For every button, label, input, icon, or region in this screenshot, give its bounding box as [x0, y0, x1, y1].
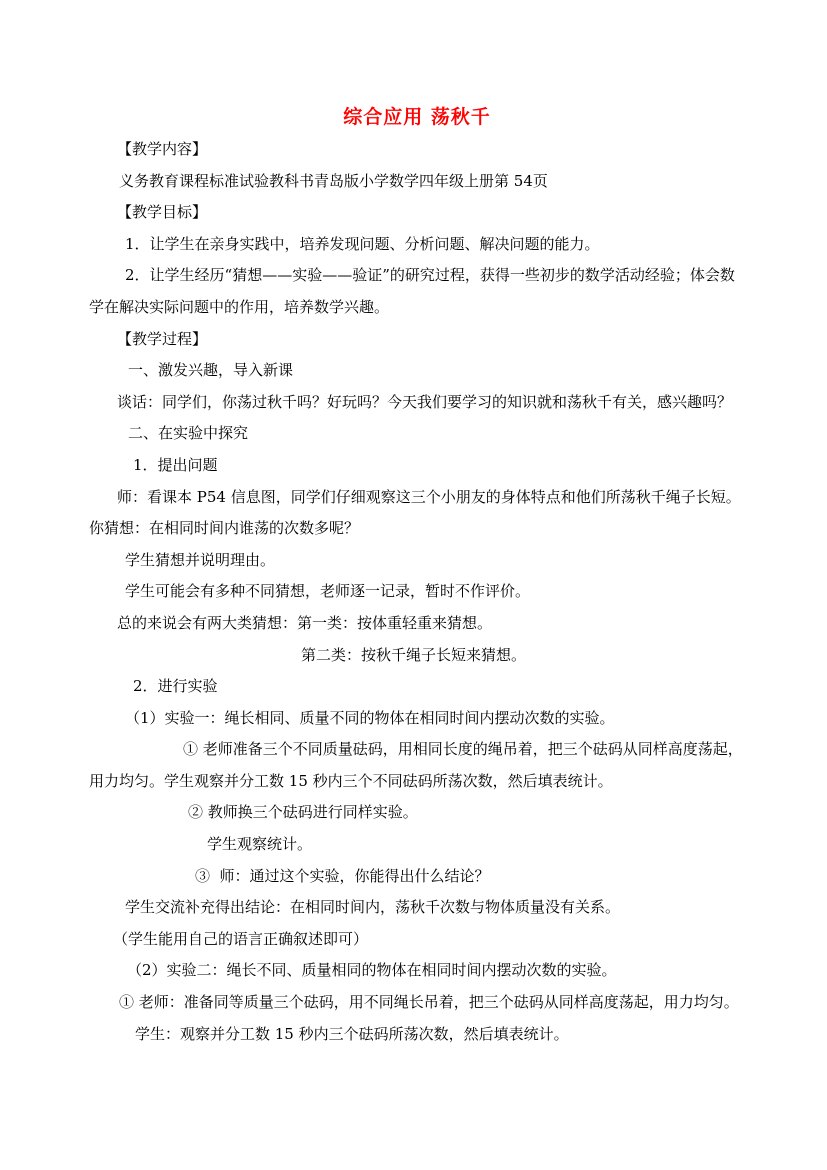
doc-line-teacher-question: 师：看课本 P54 信息图，同学们仔细观察这三个小朋友的身体特点和他们所荡秋千绳…: [89, 482, 745, 514]
doc-line-experiment-1-step-1-continued: 用力均匀。学生观察并分工数 15 秒内三个不同砝码所荡次数，然后填表统计。: [89, 766, 745, 798]
doc-line-experiment-2-step-1: ① 老师：准备同等质量三个砝码，用不同绳长吊着，把三个砝码从同样高度荡起，用力均…: [89, 987, 745, 1019]
doc-line-teacher-talk: 谈话：同学们，你荡过秋千吗？好玩吗？今天我们要学习的知识就和荡秋千有关，感兴趣吗…: [89, 387, 745, 419]
doc-line-student-activity: 学生观察统计。: [89, 829, 745, 861]
doc-line-goal-2-continued: 学在解决实际问题中的作用，培养数学兴趣。: [89, 292, 745, 324]
doc-line-section-heading: 【教学内容】: [89, 134, 745, 166]
doc-line-guess-category-2: 第二类：按秋千绳子长短来猜想。: [89, 640, 745, 672]
doc-line-section-heading: 【教学目标】: [89, 197, 745, 229]
doc-line-experiment-1-step-2: ② 教师换三个砝码进行同样实验。: [89, 797, 745, 829]
doc-line-note: （学生能用自己的语言正确叙述即可）: [89, 924, 745, 956]
doc-line-goal-1: 1．让学生在亲身实践中，培养发现问题、分析问题、解决问题的能力。: [89, 229, 745, 261]
doc-line-step-heading: 2．进行实验: [89, 671, 745, 703]
doc-line-part-one-heading: 一、激发兴趣，导入新课: [89, 355, 745, 387]
page-title: 综合应用 荡秋千: [89, 101, 745, 134]
doc-line-student-activity: 学生可能会有多种不同猜想，老师逐一记录，暂时不作评价。: [89, 576, 745, 608]
doc-line-guess-category-1: 总的来说会有两大类猜想：第一类：按体重轻重来猜想。: [89, 608, 745, 640]
doc-line-part-two-heading: 二、在实验中探究: [89, 418, 745, 450]
doc-line-experiment-1-title: （1）实验一：绳长相同、质量不同的物体在相同时间内摆动次数的实验。: [89, 703, 745, 735]
doc-line-experiment-2-title: （2）实验二：绳长不同、质量相同的物体在相同时间内摆动次数的实验。: [89, 955, 745, 987]
doc-line-section-heading: 【教学过程】: [89, 324, 745, 356]
doc-line-textbook-reference: 义务教育课程标准试验教科书青岛版小学数学四年级上册第 54页: [89, 166, 745, 198]
doc-line-experiment-1-step-1: ① 老师准备三个不同质量砝码，用相同长度的绳吊着，把三个砝码从同样高度荡起，: [89, 734, 745, 766]
doc-line-student-activity: 学生：观察并分工数 15 秒内三个砝码所荡次数，然后填表统计。: [89, 1019, 745, 1051]
document-page: 综合应用 荡秋千 【教学内容】 义务教育课程标准试验教科书青岛版小学数学四年级上…: [0, 0, 827, 1170]
doc-line-student-activity: 学生猜想并说明理由。: [89, 545, 745, 577]
doc-line-step-heading: 1．提出问题: [89, 450, 745, 482]
doc-line-experiment-1-step-3: ③ 师：通过这个实验，你能得出什么结论？: [89, 861, 745, 893]
doc-line-goal-2: 2．让学生经历“猜想——实验——验证”的研究过程，获得一些初步的数学活动经验；体…: [89, 260, 745, 292]
doc-line-conclusion: 学生交流补充得出结论：在相同时间内，荡秋千次数与物体质量没有关系。: [89, 892, 745, 924]
doc-line-teacher-question-continued: 你猜想：在相同时间内谁荡的次数多呢？: [89, 513, 745, 545]
